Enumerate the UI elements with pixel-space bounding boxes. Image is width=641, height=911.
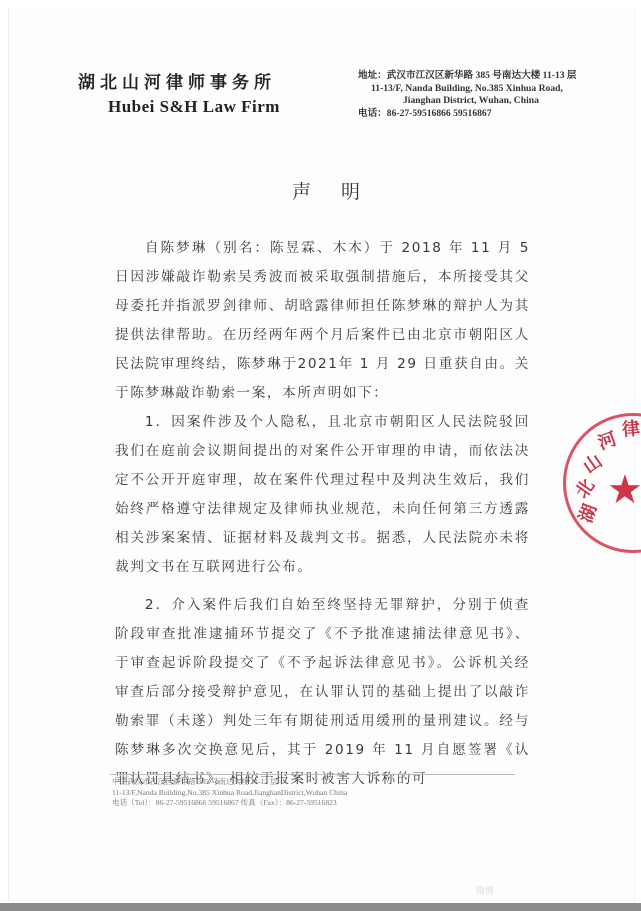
footer-address-cn: 中国武汉市江汉区新华路 385 号南达大楼 11-13 层 xyxy=(112,777,347,788)
bottom-bar xyxy=(0,903,641,911)
paragraph-intro: 自陈梦琳（别名：陈昱霖、木木）于 2018 年 11 月 5 日因涉嫌敲诈勒索吴… xyxy=(115,234,530,408)
address-en-line1: 11-13/F, Nanda Building, No.385 Xinhua R… xyxy=(358,83,618,96)
document-body: 自陈梦琳（别名：陈昱霖、木木）于 2018 年 11 月 5 日因涉嫌敲诈勒索吴… xyxy=(115,234,530,794)
paragraph-point-1: 1．因案件涉及个人隐私，且北京市朝阳区人民法院驳回我们在庭前会议期间提出的对案件… xyxy=(115,408,530,582)
address-en-line2: Jianghan District, Wuhan, China xyxy=(358,95,618,108)
address-cn: 地址：武汉市江汉区新华路 385 号南达大楼 11-13 层 xyxy=(358,70,618,83)
phone: 电话：86-27-59516866 59516867 xyxy=(358,108,618,121)
watermark: 微博 xyxy=(476,884,494,897)
footer-contact: 中国武汉市江汉区新华路 385 号南达大楼 11-13 层 11-13/F,Na… xyxy=(112,777,347,809)
seal-star-icon: ★ xyxy=(607,470,641,510)
document-title: 声明 xyxy=(292,177,390,204)
firm-name-cn: 湖北山河律师事务所 xyxy=(78,68,276,93)
footer-divider xyxy=(110,774,515,775)
paragraph-point-2: 2．介入案件后我们自始至终坚持无罪辩护，分别于侦查阶段审查批准逮捕环节提交了《不… xyxy=(115,591,530,794)
firm-name-en: Hubei S&H Law Firm xyxy=(108,97,280,117)
footer-address-en: 11-13/F,Nanda Building,No.385 Xinhua Roa… xyxy=(112,788,347,799)
seal-char: 律 xyxy=(621,414,641,441)
footer-phone-fax: 电话（Tel）：86-27-59516866 59516867 传真（Fax）：… xyxy=(112,798,347,809)
letterhead-address: 地址：武汉市江汉区新华路 385 号南达大楼 11-13 层 11-13/F, … xyxy=(358,70,618,120)
